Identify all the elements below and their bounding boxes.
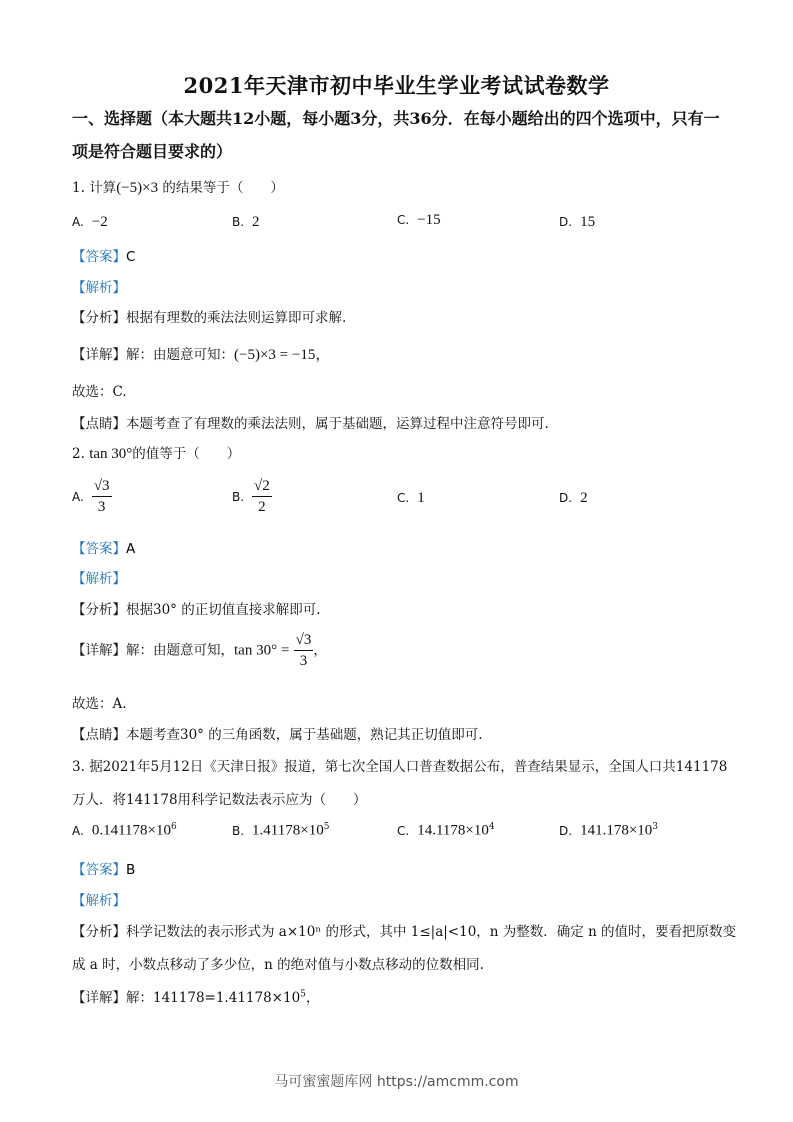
option-letter: C. [397, 213, 409, 227]
question-2-option-d: D.2 [559, 490, 588, 507]
analysis-text: 科学记数法的表示形式为 a×10ⁿ 的形式，其中 1≤|a|<10，n 为整数．… [126, 924, 736, 940]
question-1-comment: 【点睛】本题考查了有理数的乘法法则，属于基础题，运算过程中注意符号即可. [72, 412, 549, 432]
exponent: 5 [324, 822, 330, 832]
option-value: 2 [580, 490, 588, 506]
denominator: 3 [98, 497, 106, 516]
detail-label: 【详解】 [72, 347, 126, 363]
stem-math: (−5)×3 [116, 180, 158, 196]
document-page: 2021年天津市初中毕业生学业考试试卷数学 一、选择题（本大题共12小题，每小题… [0, 0, 793, 1122]
option-letter: D. [559, 824, 572, 838]
question-3-analysis-line-2: 成 a 时，小数点移动了多少位，n 的绝对值与小数点移动的位数相同. [72, 953, 484, 973]
question-1-choice: 故选：C. [72, 380, 127, 400]
analysis-label: 【分析】 [72, 602, 126, 618]
question-3-stem-line-2: 万人．将141178用科学记数法表示应为（ ） [72, 788, 367, 808]
section-heading: 一、选择题（本大题共12小题，每小题3分，共36分．在每小题给出的四个选项中，只… [72, 102, 732, 168]
question-1-analysis-header: 【解析】 [72, 276, 126, 296]
answer-value: A [126, 541, 135, 557]
question-1-option-b: B.2 [232, 214, 260, 231]
exponent: 4 [489, 822, 495, 832]
detail-label: 【详解】 [72, 990, 126, 1006]
option-value: 2 [252, 214, 260, 230]
stem-text: 计算 [89, 180, 116, 196]
question-3-detail: 【详解】解：141178=1.41178×105， [72, 986, 319, 1006]
analysis-header-label: 【解析】 [72, 571, 126, 587]
question-3-option-b: B.1.41178×105 [232, 822, 329, 840]
exponent: 3 [652, 822, 658, 832]
analysis-header-label: 【解析】 [72, 280, 126, 296]
question-1-detail: 【详解】解：由题意可知：(−5)×3 = −15， [72, 343, 330, 364]
comment-text: 本题考查了有理数的乘法法则，属于基础题，运算过程中注意符号即可. [126, 416, 549, 432]
answer-label: 【答案】 [72, 541, 126, 557]
option-value: 141.178×10 [580, 823, 652, 839]
fraction: √33 [294, 632, 314, 670]
comment-text: 本题考查30° 的三角函数，属于基础题，熟记其正切值即可. [126, 727, 483, 743]
stem-text: 的值等于（ ） [132, 446, 240, 462]
question-2-analysis: 【分析】根据30° 的正切值直接求解即可. [72, 598, 321, 618]
question-2-comment: 【点睛】本题考查30° 的三角函数，属于基础题，熟记其正切值即可. [72, 723, 483, 743]
detail-math: (−5)×3 = −15， [234, 347, 330, 363]
question-2-choice: 故选：A. [72, 692, 127, 712]
question-number: 3. [72, 759, 85, 775]
fraction: √33 [92, 478, 112, 516]
exponent: 6 [171, 822, 177, 832]
watermark-footer: 马可蜜蜜题库网 https://amcmm.com [0, 1071, 793, 1091]
question-3-option-c: C.14.1178×104 [397, 822, 495, 840]
answer-label: 【答案】 [72, 862, 126, 878]
detail-text: ， [313, 643, 327, 659]
question-2-analysis-header: 【解析】 [72, 567, 126, 587]
denominator: 2 [258, 497, 266, 516]
answer-value: B [126, 862, 135, 878]
question-3-option-d: D.141.178×103 [559, 822, 658, 840]
option-value: 15 [580, 214, 595, 230]
option-value: 14.1178×10 [417, 823, 489, 839]
stem-text: 的结果等于（ ） [162, 180, 284, 196]
option-letter: A. [72, 490, 84, 504]
detail-text: 解：由题意可知， [126, 643, 234, 659]
question-3-analysis-line-1: 【分析】科学记数法的表示形式为 a×10ⁿ 的形式，其中 1≤|a|<10，n … [72, 920, 736, 940]
stem-text: 据2021年5月12日《天津日报》报道，第七次全国人口普查数据公布，普查结果显示… [89, 759, 727, 775]
question-1-option-a: A.−2 [72, 214, 108, 231]
option-letter: B. [232, 215, 244, 229]
analysis-text: 根据有理数的乘法法则运算即可求解. [126, 310, 346, 326]
numerator: √3 [92, 478, 112, 497]
option-letter: A. [72, 215, 84, 229]
option-letter: A. [72, 824, 84, 838]
option-letter: D. [559, 215, 572, 229]
question-2-detail: 【详解】解：由题意可知，tan 30° = √33， [72, 632, 327, 670]
question-1-stem: 1. 计算(−5)×3 的结果等于（ ） [72, 176, 284, 197]
option-letter: B. [232, 490, 244, 504]
question-1-answer: 【答案】C [72, 245, 135, 265]
analysis-label: 【分析】 [72, 310, 126, 326]
option-letter: D. [559, 491, 572, 505]
numerator: √2 [252, 478, 272, 497]
question-number: 1. [72, 180, 85, 196]
comment-label: 【点睛】 [72, 727, 126, 743]
analysis-label: 【分析】 [72, 924, 126, 940]
answer-value: C [126, 249, 135, 265]
detail-text: ， [306, 990, 320, 1006]
question-number: 2. [72, 446, 85, 462]
option-letter: C. [397, 824, 409, 838]
question-2-option-a: A.√33 [72, 478, 112, 516]
question-3-analysis-header: 【解析】 [72, 889, 126, 909]
option-letter: C. [397, 491, 409, 505]
detail-text: 解：由题意可知： [126, 347, 234, 363]
analysis-header-label: 【解析】 [72, 893, 126, 909]
question-2-option-b: B.√22 [232, 478, 272, 516]
detail-text: 解：141178=1.41178×10 [126, 990, 300, 1006]
option-value: −2 [92, 214, 108, 230]
question-1-option-d: D.15 [559, 214, 595, 231]
question-2-stem: 2. tan 30°的值等于（ ） [72, 442, 240, 463]
fraction: √22 [252, 478, 272, 516]
page-title: 2021年天津市初中毕业生学业考试试卷数学 [0, 70, 793, 100]
comment-label: 【点睛】 [72, 416, 126, 432]
option-value: 0.141178×10 [92, 823, 171, 839]
numerator: √3 [294, 632, 314, 651]
option-value: −15 [417, 212, 440, 228]
question-1-analysis: 【分析】根据有理数的乘法法则运算即可求解. [72, 306, 346, 326]
question-3-answer: 【答案】B [72, 858, 135, 878]
analysis-text: 根据30° 的正切值直接求解即可. [126, 602, 321, 618]
denominator: 3 [300, 651, 308, 670]
question-2-option-c: C.1 [397, 490, 425, 507]
question-3-stem-line-1: 3. 据2021年5月12日《天津日报》报道，第七次全国人口普查数据公布，普查结… [72, 755, 727, 775]
stem-math: tan 30° [89, 446, 132, 462]
option-value: 1 [417, 490, 425, 506]
detail-math: tan 30° = [234, 643, 289, 659]
option-value: 1.41178×10 [252, 823, 324, 839]
answer-label: 【答案】 [72, 249, 126, 265]
question-3-option-a: A.0.141178×106 [72, 822, 177, 840]
detail-label: 【详解】 [72, 643, 126, 659]
question-2-answer: 【答案】A [72, 537, 135, 557]
option-letter: B. [232, 824, 244, 838]
question-1-option-c: C.−15 [397, 212, 441, 229]
